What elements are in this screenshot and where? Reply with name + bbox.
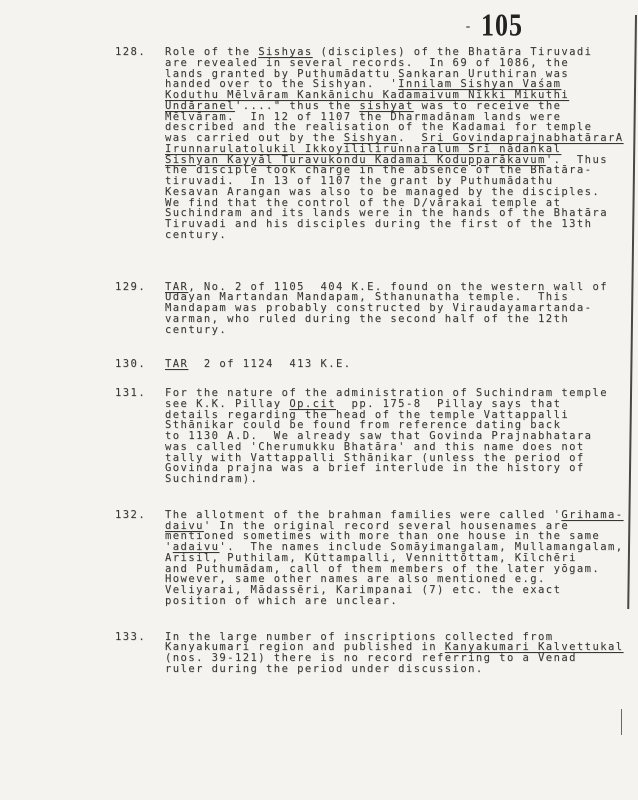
text-segment: ruler during the period under discussion… xyxy=(165,663,484,675)
document-page: 105 128.Role of the Sishyas (disciples) … xyxy=(0,0,638,800)
text-segment: 2 of 1124 413 K.E. xyxy=(188,358,351,370)
footnote-text: For the nature of the administration of … xyxy=(165,388,638,485)
underlined-term: Grihama- xyxy=(561,509,623,521)
footnote-item: 131.For the nature of the administration… xyxy=(115,388,638,485)
footnote-line: position of which are unclear. xyxy=(165,596,638,607)
footnote-text: TAR 2 of 1124 413 K.E. xyxy=(165,359,638,370)
footnote-number: 132. xyxy=(115,510,148,521)
footnote-item: 129.TAR, No. 2 of 1105 404 K.E. found on… xyxy=(115,282,638,336)
footnote-line: varman, who ruled during the second half… xyxy=(165,314,638,325)
footnote-item: 128.Role of the Sishyas (disciples) of t… xyxy=(115,47,638,241)
footnote-list: 128.Role of the Sishyas (disciples) of t… xyxy=(0,0,638,675)
footnote-number: 128. xyxy=(115,47,148,58)
footnote-item: 133.In the large number of inscriptions … xyxy=(115,632,638,675)
underlined-term: TAR xyxy=(165,358,188,370)
footnote-line: ruler during the period under discussion… xyxy=(165,664,638,675)
footnote-line: Suchindram). xyxy=(165,474,638,485)
footnote-number: 133. xyxy=(115,632,148,643)
text-segment: century. xyxy=(165,324,227,336)
footnote-text: The allotment of the brahman families we… xyxy=(165,510,638,607)
footnote-line: century. xyxy=(165,230,638,241)
footnote-number: 131. xyxy=(115,388,148,399)
footnote-text: TAR, No. 2 of 1105 404 K.E. found on the… xyxy=(165,282,638,336)
footnote-item: 130.TAR 2 of 1124 413 K.E. xyxy=(115,359,638,370)
scan-artifact-line-short xyxy=(621,709,622,735)
footnote-line: Tiruvadi and his disciples during the fi… xyxy=(165,219,638,230)
text-segment: century. xyxy=(165,229,227,241)
footnote-line: century. xyxy=(165,325,638,336)
footnote-text: Role of the Sishyas (disciples) of the B… xyxy=(165,47,638,241)
text-segment: position of which are unclear. xyxy=(165,595,398,607)
footnote-number: 130. xyxy=(115,359,148,370)
footnote-item: 132.The allotment of the brahman familie… xyxy=(115,510,638,607)
footnote-number: 129. xyxy=(115,282,148,293)
footnote-text: In the large number of inscriptions coll… xyxy=(165,632,638,675)
footnote-line: TAR 2 of 1124 413 K.E. xyxy=(165,359,638,370)
text-segment: Tiruvadi and his disciples during the fi… xyxy=(165,218,592,230)
text-segment: Suchindram). xyxy=(165,473,258,485)
